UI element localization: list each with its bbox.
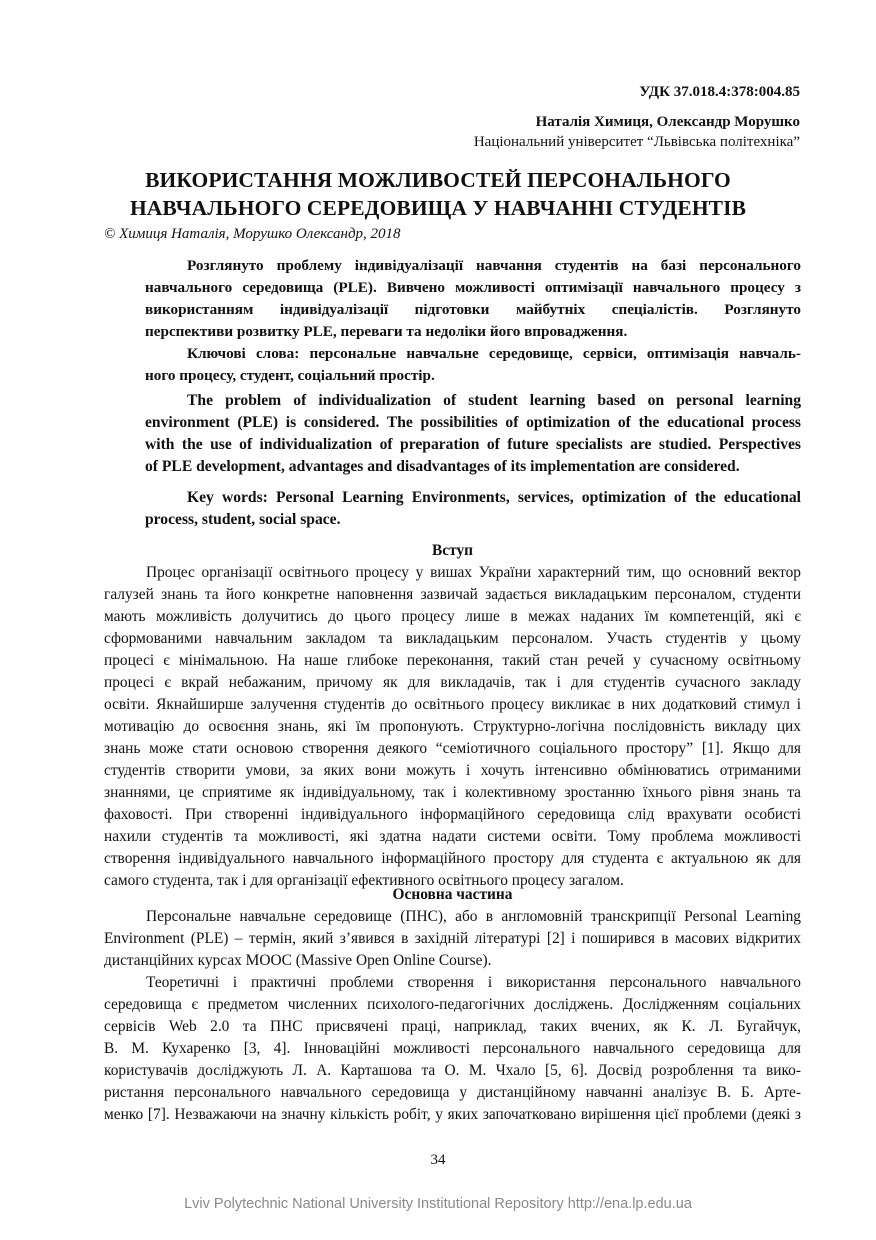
body-line: ристання персонального навчального серед… [104,1082,801,1104]
body-line: процесі є мінімальною. На наше глибоке п… [104,650,801,672]
body-line: галузей знань та його конкретне наповнен… [104,584,801,606]
body-line: середовища є предметом численних психоло… [104,994,801,1016]
abstract-ukrainian: Розглянуто проблему індивідуалізації нав… [145,255,801,387]
paper-title: ВИКОРИСТАННЯ МОЖЛИВОСТЕЙ ПЕРСОНАЛЬНОГО Н… [0,166,876,222]
abstract-line: environment (PLE) is considered. The pos… [145,412,801,434]
repository-watermark: Lviv Polytechnic National University Ins… [0,1196,876,1212]
body-line: сформованими навчальним закладом та викл… [104,628,801,650]
body-line: дистанційних курсах MOOC (Massive Open O… [104,950,801,972]
abstract-line: перспективи розвитку PLE, переваги та не… [145,321,801,343]
keywords-line: Ключові слова: персональне навчальне сер… [145,343,801,365]
body-line: фаховості. При створенні індивідуального… [104,804,801,826]
abstract-line: of PLE development, advantages and disad… [145,456,801,478]
keywords-line: process, student, social space. [145,509,801,531]
body-line: процесі є вкрай небажаним, причому як дл… [104,672,801,694]
title-line: НАВЧАЛЬНОГО СЕРЕДОВИЩА У НАВЧАННІ СТУДЕН… [0,194,876,222]
copyright: © Химиця Наталія, Морушко Олександр, 201… [104,226,401,243]
authors: Наталія Химиця, Олександр Морушко [536,114,800,131]
body-line: нахили студентів та можливості, які здат… [104,826,801,848]
body-line: студентів створити умови, за яких вони м… [104,760,801,782]
body-line: сервісів Web 2.0 та ПНС присвячені праці… [104,1016,801,1038]
body-line: Environment (PLE) – термін, який з’явивс… [104,928,801,950]
keywords-line: ного процесу, студент, соціальний прості… [145,365,801,387]
keywords-english: Key words: Personal Learning Environment… [145,487,801,531]
body-line: освіти. Якнайширше залучення студентів д… [104,694,801,716]
body-line: менко [7]. Незважаючи на значну кількіст… [104,1104,801,1126]
abstract-line: Розглянуто проблему індивідуалізації нав… [145,255,801,277]
abstract-line: навчального середовища (PLE). Вивчено мо… [145,277,801,299]
abstract-line: with the use of individualization of pre… [145,434,801,456]
body-line: Процес організації освітнього процесу у … [104,562,801,584]
body-line: знань може стати основою створення деяко… [104,738,801,760]
body-line: знаннями, це сприятиме як індивідуальном… [104,782,801,804]
abstract-english: The problem of individualization of stud… [145,390,801,478]
section-heading: Основна частина [104,884,801,906]
keywords-line: Key words: Personal Learning Environment… [145,487,801,509]
title-line: ВИКОРИСТАННЯ МОЖЛИВОСТЕЙ ПЕРСОНАЛЬНОГО [0,166,876,194]
page-number: 34 [0,1152,876,1169]
body-line: користувачів досліджують Л. А. Карташова… [104,1060,801,1082]
abstract-line: використанням індивідуалізації підготовк… [145,299,801,321]
affiliation: Національний університет “Львівська полі… [474,134,800,151]
body-line: Персональне навчальне середовище (ПНС), … [104,906,801,928]
body-line: В. М. Кухаренко [3, 4]. Інноваційні можл… [104,1038,801,1060]
section-intro: Вступ Процес організації освітнього проц… [104,540,801,892]
section-main: Основна частина Персональне навчальне се… [104,884,801,1126]
body-line: Теоретичні і практичні проблеми створенн… [104,972,801,994]
body-line: створення індивідуального навчального ін… [104,848,801,870]
section-heading: Вступ [104,540,801,562]
udk-code: УДК 37.018.4:378:004.85 [639,84,800,101]
body-line: мають можливість долучитись до цього про… [104,606,801,628]
abstract-line: The problem of individualization of stud… [145,390,801,412]
body-line: мотивацію до освоєння знань, які їм проп… [104,716,801,738]
